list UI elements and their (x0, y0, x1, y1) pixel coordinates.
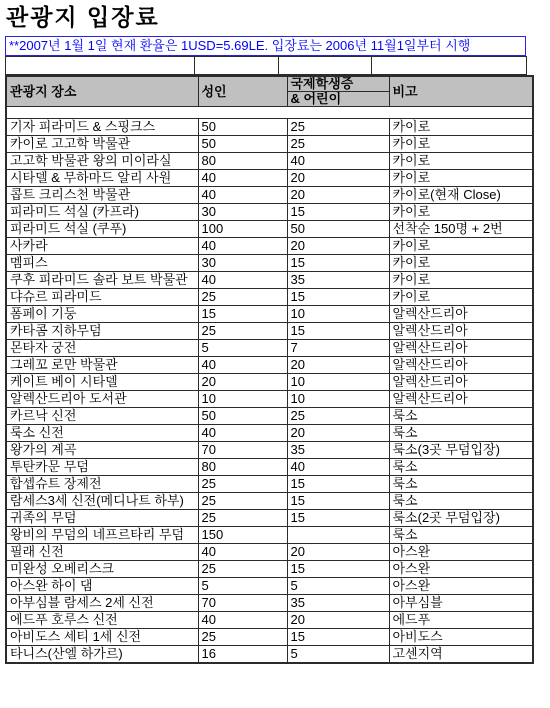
cell-place: 아비도스 세티 1세 신전 (6, 629, 198, 646)
cell-child: 20 (287, 170, 389, 187)
col-header-place: 관광지 장소 (6, 76, 198, 107)
header-row-top: 관광지 장소 성인 국제학생증 비고 (6, 76, 533, 92)
cell-child: 20 (287, 425, 389, 442)
table-row: 댜슈르 피라미드2515카이로 (6, 289, 533, 306)
cell-child: 35 (287, 272, 389, 289)
table-row: 룩소 신전4020룩소 (6, 425, 533, 442)
table-row: 기자 피라미드 & 스핑크스5025카이로 (6, 119, 533, 136)
cell-child: 15 (287, 476, 389, 493)
cell-child (287, 527, 389, 544)
cell-note: 룩소(3곳 무덤입장) (389, 442, 533, 459)
cell-place: 왕비의 무덤의 네프르타리 무덤 (6, 527, 198, 544)
cell-place: 귀족의 무덤 (6, 510, 198, 527)
table-row: 왕가의 계곡7035룩소(3곳 무덤입장) (6, 442, 533, 459)
spacer-cell (6, 57, 195, 75)
cell-child: 15 (287, 561, 389, 578)
cell-note: 아부심블 (389, 595, 533, 612)
cell-place: 몬타자 궁전 (6, 340, 198, 357)
cell-child: 15 (287, 255, 389, 272)
cell-child: 5 (287, 578, 389, 595)
cell-child: 50 (287, 221, 389, 238)
cell-child: 5 (287, 646, 389, 664)
cell-adult: 40 (198, 425, 287, 442)
cell-place: 카이로 고고학 박물관 (6, 136, 198, 153)
cell-note: 룩소 (389, 493, 533, 510)
cell-note: 룩소 (389, 527, 533, 544)
cell-adult: 80 (198, 153, 287, 170)
cell-adult: 10 (198, 391, 287, 408)
table-row: 타니스(산엘 하가르)165고센지역 (6, 646, 533, 664)
cell-adult: 40 (198, 170, 287, 187)
notice-row: **2007년 1월 1일 현재 환율은 1USD=5.69LE. 입장료는 2… (6, 37, 526, 56)
fee-table: 관광지 장소 성인 국제학생증 비고 & 어린이 기자 피라미드 & 스핑크스5… (5, 75, 534, 664)
cell-adult: 40 (198, 272, 287, 289)
table-row: 사카라4020카이로 (6, 238, 533, 255)
table-row: 카르낙 신전5025룩소 (6, 408, 533, 425)
cell-child: 15 (287, 629, 389, 646)
cell-adult: 25 (198, 510, 287, 527)
fee-table-header: 관광지 장소 성인 국제학생증 비고 & 어린이 (6, 76, 533, 119)
cell-adult: 5 (198, 578, 287, 595)
col-header-note: 비고 (389, 76, 533, 107)
cell-note: 카이로(현재 Close) (389, 187, 533, 204)
table-row: 람세스3세 신전(메디나트 하부)2515룩소 (6, 493, 533, 510)
cell-note: 아비도스 (389, 629, 533, 646)
spacer-cell (279, 57, 372, 75)
cell-adult: 30 (198, 255, 287, 272)
notice-table: **2007년 1월 1일 현재 환율은 1USD=5.69LE. 입장료는 2… (5, 36, 526, 56)
cell-adult: 50 (198, 136, 287, 153)
table-row: 아부심블 람세스 2세 신전7035아부심블 (6, 595, 533, 612)
cell-note: 알렉산드리아 (389, 391, 533, 408)
cell-note: 룩소 (389, 425, 533, 442)
table-row: 그레꼬 로만 박물관4020알렉산드리아 (6, 357, 533, 374)
cell-place: 카타콤 지하무덤 (6, 323, 198, 340)
spacer-cell (372, 57, 527, 75)
cell-child: 15 (287, 510, 389, 527)
cell-child: 15 (287, 323, 389, 340)
table-row: 필래 신전4020아스완 (6, 544, 533, 561)
cell-place: 사카라 (6, 238, 198, 255)
cell-adult: 25 (198, 561, 287, 578)
cell-adult: 50 (198, 119, 287, 136)
spacer-cell (195, 57, 279, 75)
cell-place: 폼페이 기둥 (6, 306, 198, 323)
table-row: 피라미드 석실 (카프라)3015카이로 (6, 204, 533, 221)
cell-adult: 25 (198, 323, 287, 340)
cell-child: 20 (287, 187, 389, 204)
table-row: 합셉슈트 장제전2515룩소 (6, 476, 533, 493)
cell-place: 콥트 크리스천 박물관 (6, 187, 198, 204)
cell-note: 아스완 (389, 578, 533, 595)
cell-note: 룩소 (389, 476, 533, 493)
table-row: 카이로 고고학 박물관5025카이로 (6, 136, 533, 153)
cell-place: 기자 피라미드 & 스핑크스 (6, 119, 198, 136)
cell-note: 알렉산드리아 (389, 374, 533, 391)
cell-place: 멤피스 (6, 255, 198, 272)
table-row: 아비도스 세티 1세 신전2515아비도스 (6, 629, 533, 646)
cell-child: 25 (287, 408, 389, 425)
cell-place: 필래 신전 (6, 544, 198, 561)
table-row: 케이트 베이 시타델2010알렉산드리아 (6, 374, 533, 391)
cell-place: 미완성 오베리스크 (6, 561, 198, 578)
table-row: 폼페이 기둥1510알렉산드리아 (6, 306, 533, 323)
cell-child: 40 (287, 153, 389, 170)
cell-adult: 150 (198, 527, 287, 544)
cell-note: 카이로 (389, 136, 533, 153)
cell-place: 피라미드 석실 (쿠푸) (6, 221, 198, 238)
cell-place: 쿠후 피라미드 솔라 보트 박물관 (6, 272, 198, 289)
cell-adult: 40 (198, 238, 287, 255)
cell-note: 룩소(2곳 무덤입장) (389, 510, 533, 527)
table-row: 아스완 하이 댐55아스완 (6, 578, 533, 595)
cell-adult: 100 (198, 221, 287, 238)
cell-place: 댜슈르 피라미드 (6, 289, 198, 306)
cell-place: 그레꼬 로만 박물관 (6, 357, 198, 374)
cell-adult: 16 (198, 646, 287, 664)
cell-note: 카이로 (389, 153, 533, 170)
cell-child: 35 (287, 595, 389, 612)
cell-place: 아부심블 람세스 2세 신전 (6, 595, 198, 612)
cell-note: 알렉산드리아 (389, 306, 533, 323)
table-row: 고고학 박물관 왕의 미이라실8040카이로 (6, 153, 533, 170)
cell-note: 카이로 (389, 204, 533, 221)
cell-adult: 5 (198, 340, 287, 357)
cell-adult: 30 (198, 204, 287, 221)
table-row: 카타콤 지하무덤2515알렉산드리아 (6, 323, 533, 340)
col-header-adult: 성인 (198, 76, 287, 107)
cell-adult: 40 (198, 544, 287, 561)
page-title: 관광지 입장료 (6, 4, 550, 30)
cell-child: 10 (287, 374, 389, 391)
spacer-table (5, 56, 527, 75)
cell-note: 룩소 (389, 459, 533, 476)
cell-note: 에드푸 (389, 612, 533, 629)
cell-place: 투탄카문 무덤 (6, 459, 198, 476)
cell-place: 합셉슈트 장제전 (6, 476, 198, 493)
cell-note: 룩소 (389, 408, 533, 425)
gap-row (6, 107, 533, 119)
cell-adult: 40 (198, 357, 287, 374)
cell-adult: 80 (198, 459, 287, 476)
table-row: 투탄카문 무덤8040룩소 (6, 459, 533, 476)
cell-child: 10 (287, 306, 389, 323)
cell-note: 고센지역 (389, 646, 533, 664)
cell-place: 알렉산드리아 도서관 (6, 391, 198, 408)
cell-adult: 25 (198, 289, 287, 306)
table-row: 멤피스3015카이로 (6, 255, 533, 272)
cell-place: 룩소 신전 (6, 425, 198, 442)
cell-child: 35 (287, 442, 389, 459)
cell-adult: 50 (198, 408, 287, 425)
cell-place: 타니스(산엘 하가르) (6, 646, 198, 664)
cell-adult: 25 (198, 476, 287, 493)
cell-place: 왕가의 계곡 (6, 442, 198, 459)
col-header-child: & 어린이 (287, 92, 389, 107)
table-row: 미완성 오베리스크2515아스완 (6, 561, 533, 578)
cell-place: 시타델 & 무하마드 알리 사원 (6, 170, 198, 187)
cell-place: 아스완 하이 댐 (6, 578, 198, 595)
table-row: 콥트 크리스천 박물관4020카이로(현재 Close) (6, 187, 533, 204)
cell-note: 아스완 (389, 561, 533, 578)
cell-place: 카르낙 신전 (6, 408, 198, 425)
cell-place: 피라미드 석실 (카프라) (6, 204, 198, 221)
table-row: 몬타자 궁전57알렉산드리아 (6, 340, 533, 357)
cell-place: 고고학 박물관 왕의 미이라실 (6, 153, 198, 170)
table-row: 시타델 & 무하마드 알리 사원4020카이로 (6, 170, 533, 187)
cell-child: 20 (287, 612, 389, 629)
cell-note: 아스완 (389, 544, 533, 561)
cell-adult: 70 (198, 442, 287, 459)
cell-child: 15 (287, 493, 389, 510)
cell-adult: 40 (198, 612, 287, 629)
cell-adult: 25 (198, 629, 287, 646)
cell-child: 25 (287, 136, 389, 153)
cell-child: 7 (287, 340, 389, 357)
cell-note: 알렉산드리아 (389, 340, 533, 357)
table-row: 알렉산드리아 도서관1010알렉산드리아 (6, 391, 533, 408)
gap-row-cell (6, 107, 533, 119)
cell-child: 20 (287, 357, 389, 374)
cell-child: 20 (287, 544, 389, 561)
cell-adult: 20 (198, 374, 287, 391)
cell-child: 25 (287, 119, 389, 136)
cell-note: 알렉산드리아 (389, 357, 533, 374)
cell-note: 카이로 (389, 170, 533, 187)
cell-child: 20 (287, 238, 389, 255)
cell-child: 10 (287, 391, 389, 408)
cell-child: 15 (287, 204, 389, 221)
table-row: 쿠후 피라미드 솔라 보트 박물관4035카이로 (6, 272, 533, 289)
table-row: 에드푸 호루스 신전4020에드푸 (6, 612, 533, 629)
cell-note: 카이로 (389, 289, 533, 306)
cell-place: 케이트 베이 시타델 (6, 374, 198, 391)
notice-text: **2007년 1월 1일 현재 환율은 1USD=5.69LE. 입장료는 2… (6, 37, 526, 56)
table-row: 왕비의 무덤의 네프르타리 무덤150룩소 (6, 527, 533, 544)
cell-note: 카이로 (389, 119, 533, 136)
cell-note: 선착순 150명 + 2번 (389, 221, 533, 238)
table-row: 귀족의 무덤2515룩소(2곳 무덤입장) (6, 510, 533, 527)
cell-adult: 70 (198, 595, 287, 612)
cell-child: 40 (287, 459, 389, 476)
cell-adult: 15 (198, 306, 287, 323)
cell-note: 알렉산드리아 (389, 323, 533, 340)
cell-note: 카이로 (389, 272, 533, 289)
col-header-student: 국제학생증 (287, 76, 389, 92)
cell-note: 카이로 (389, 238, 533, 255)
cell-place: 에드푸 호루스 신전 (6, 612, 198, 629)
cell-adult: 25 (198, 493, 287, 510)
table-row: 피라미드 석실 (쿠푸)10050선착순 150명 + 2번 (6, 221, 533, 238)
spacer-row (6, 57, 527, 75)
cell-child: 15 (287, 289, 389, 306)
cell-place: 람세스3세 신전(메디나트 하부) (6, 493, 198, 510)
cell-note: 카이로 (389, 255, 533, 272)
fee-table-body: 기자 피라미드 & 스핑크스5025카이로카이로 고고학 박물관5025카이로고… (6, 119, 533, 664)
cell-adult: 40 (198, 187, 287, 204)
